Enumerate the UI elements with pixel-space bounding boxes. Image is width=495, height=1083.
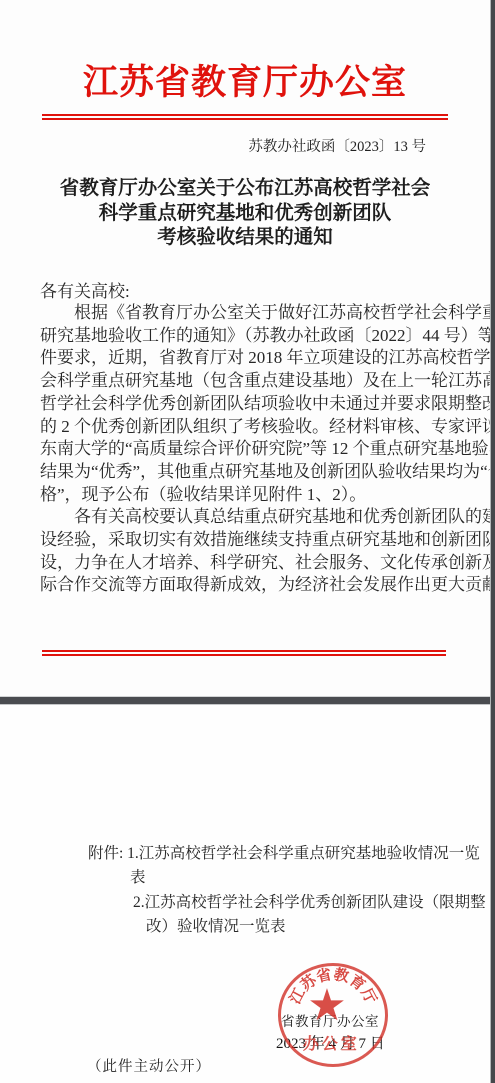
body-line: 结果为“优秀”，其他重点研究基地及创新团队验收结果均为“合 [40, 461, 458, 484]
seal-star-icon: ★ [307, 984, 346, 1028]
page-footer-divider-line [42, 650, 446, 656]
salutation: 各有关高校: [40, 277, 130, 302]
notice-body: 根据《省教育厅办公室关于做好江苏高校哲学社会科学重点研究基地验收工作的通知》（苏… [40, 302, 458, 597]
notice-title-line: 省教育厅办公室关于公布江苏高校哲学社会 [0, 177, 490, 202]
body-line: 件要求，近期，省教育厅对 2018 年立项建设的江苏高校哲学社 [40, 347, 458, 370]
body-line: 根据《省教育厅办公室关于做好江苏高校哲学社会科学重点 [40, 302, 458, 325]
official-seal: 江 苏 省 教 育 厅 ★ 办公室 [278, 963, 388, 1067]
body-line: 设，力争在人才培养、科学研究、社会服务、文化传承创新及国 [40, 552, 458, 575]
page-separator [0, 696, 495, 705]
letterhead-title: 江苏省教育厅办公室 [0, 55, 490, 105]
notice-title: 省教育厅办公室关于公布江苏高校哲学社会科学重点研究基地和优秀创新团队考核验收结果… [0, 177, 490, 251]
disclosure-note: （此件主动公开） [87, 1055, 211, 1076]
attachment-line: 附件: 1.江苏高校哲学社会科学重点研究基地验收情况一览 [88, 842, 490, 866]
body-line: 各有关高校要认真总结重点研究基地和优秀创新团队的建 [40, 506, 458, 529]
viewer-right-edge [490, 0, 495, 1083]
letterhead-divider-line [42, 114, 448, 120]
body-line: 会科学重点研究基地（包含重点建设基地）及在上一轮江苏高校 [40, 370, 458, 393]
document-page-1: 江苏省教育厅办公室 苏教办社政函〔2023〕13 号 省教育厅办公室关于公布江苏… [0, 0, 490, 696]
paragraph-1: 根据《省教育厅办公室关于做好江苏高校哲学社会科学重点研究基地验收工作的通知》（苏… [40, 302, 458, 506]
body-line: 际合作交流等方面取得新成效，为经济社会发展作出更大贡献。 [40, 574, 458, 597]
notice-title-line: 科学重点研究基地和优秀创新团队 [0, 202, 490, 227]
notice-title-line: 考核验收结果的通知 [0, 226, 490, 251]
seal-center-label: 办公室 [303, 1031, 360, 1054]
body-line: 设经验，采取切实有效措施继续支持重点研究基地和创新团队建 [40, 529, 458, 552]
document-number: 苏教办社政函〔2023〕13 号 [0, 135, 426, 156]
paragraph-2: 各有关高校要认真总结重点研究基地和优秀创新团队的建设经验，采取切实有效措施继续支… [40, 506, 458, 597]
attachment-line: 2.江苏高校哲学社会科学优秀创新团队建设（限期整 [133, 891, 490, 915]
body-line: 格”，现予公布（验收结果详见附件 1、2）。 [40, 484, 458, 507]
attachment-line: 改）验收情况一览表 [146, 915, 490, 939]
body-line: 的 2 个优秀创新团队组织了考核验收。经材料审核、专家评议， [40, 416, 458, 439]
document-page-2: 附件: 1.江苏高校哲学社会科学重点研究基地验收情况一览 表 2.江苏高校哲学社… [0, 705, 490, 1083]
attachments-block: 附件: 1.江苏高校哲学社会科学重点研究基地验收情况一览 表 2.江苏高校哲学社… [0, 842, 490, 939]
body-line: 研究基地验收工作的通知》（苏教办社政函〔2022〕44 号）等文 [40, 325, 458, 348]
body-line: 哲学社会科学优秀创新团队结项验收中未通过并要求限期整改 [40, 393, 458, 416]
body-line: 东南大学的“高质量综合评价研究院”等 12 个重点研究基地验收 [40, 438, 458, 461]
attachment-line: 表 [130, 866, 490, 890]
